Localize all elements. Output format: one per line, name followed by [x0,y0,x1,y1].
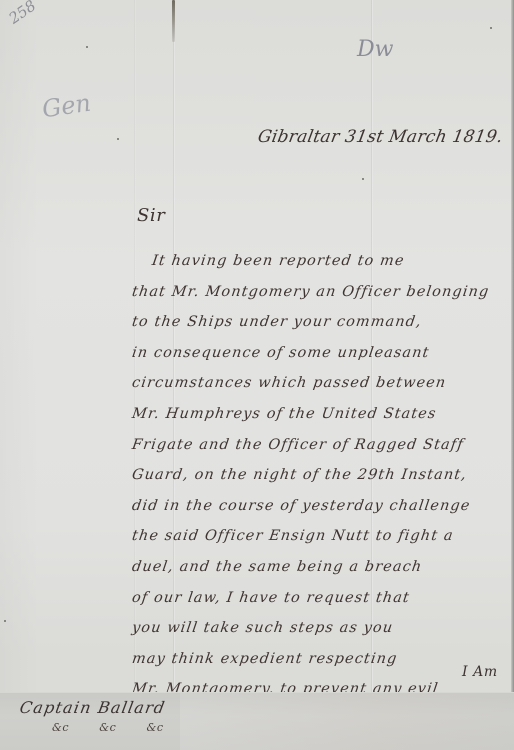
paper-tear [172,0,175,42]
ink-speck [86,46,88,48]
ink-speck [4,620,6,622]
body-line: that Mr. Montgomery an Officer belonging [130,277,492,308]
body-line: in consequence of some unpleasant [130,338,492,369]
body-line: you will take such steps as you [130,613,492,644]
body-line: Guard, on the night of the 29th Instant, [130,460,492,491]
letter-salutation: Sir [137,205,166,226]
catalog-number-annotation: 258 [5,0,39,28]
addressee-continuation: &c &c &c [52,721,164,734]
body-line: It having been reported to me [130,246,492,277]
panel-shading [180,693,514,750]
ink-speck [362,178,364,180]
letter-body: It having been reported to me that Mr. M… [132,246,489,736]
letter-sheet: 258 Dw Gen Gibraltar 31st March 1819. Si… [0,0,514,750]
body-line: duel, and the same being a breach [130,552,492,583]
body-line: the said Officer Ensign Nutt to fight a [130,521,492,552]
letter-closing: I Am [462,664,498,680]
ink-speck [117,138,119,140]
body-line: may think expedient respecting [130,644,492,675]
ink-speck [490,27,492,29]
pencil-note-left-margin: Gen [40,89,92,124]
body-line: to the Ships under your command, [130,307,492,338]
letter-addressee: Captain Ballard [18,698,167,717]
body-line: did in the course of yesterday challenge [130,491,492,522]
letter-dateline: Gibraltar 31st March 1819. [256,127,504,147]
pencil-note-top-right: Dw [357,37,393,62]
body-line: of our law, I have to request that [130,583,492,614]
body-line: Mr. Humphreys of the United States [130,399,492,430]
body-line: Frigate and the Officer of Ragged Staff [130,430,492,461]
body-line: circumstances which passed between [130,368,492,399]
